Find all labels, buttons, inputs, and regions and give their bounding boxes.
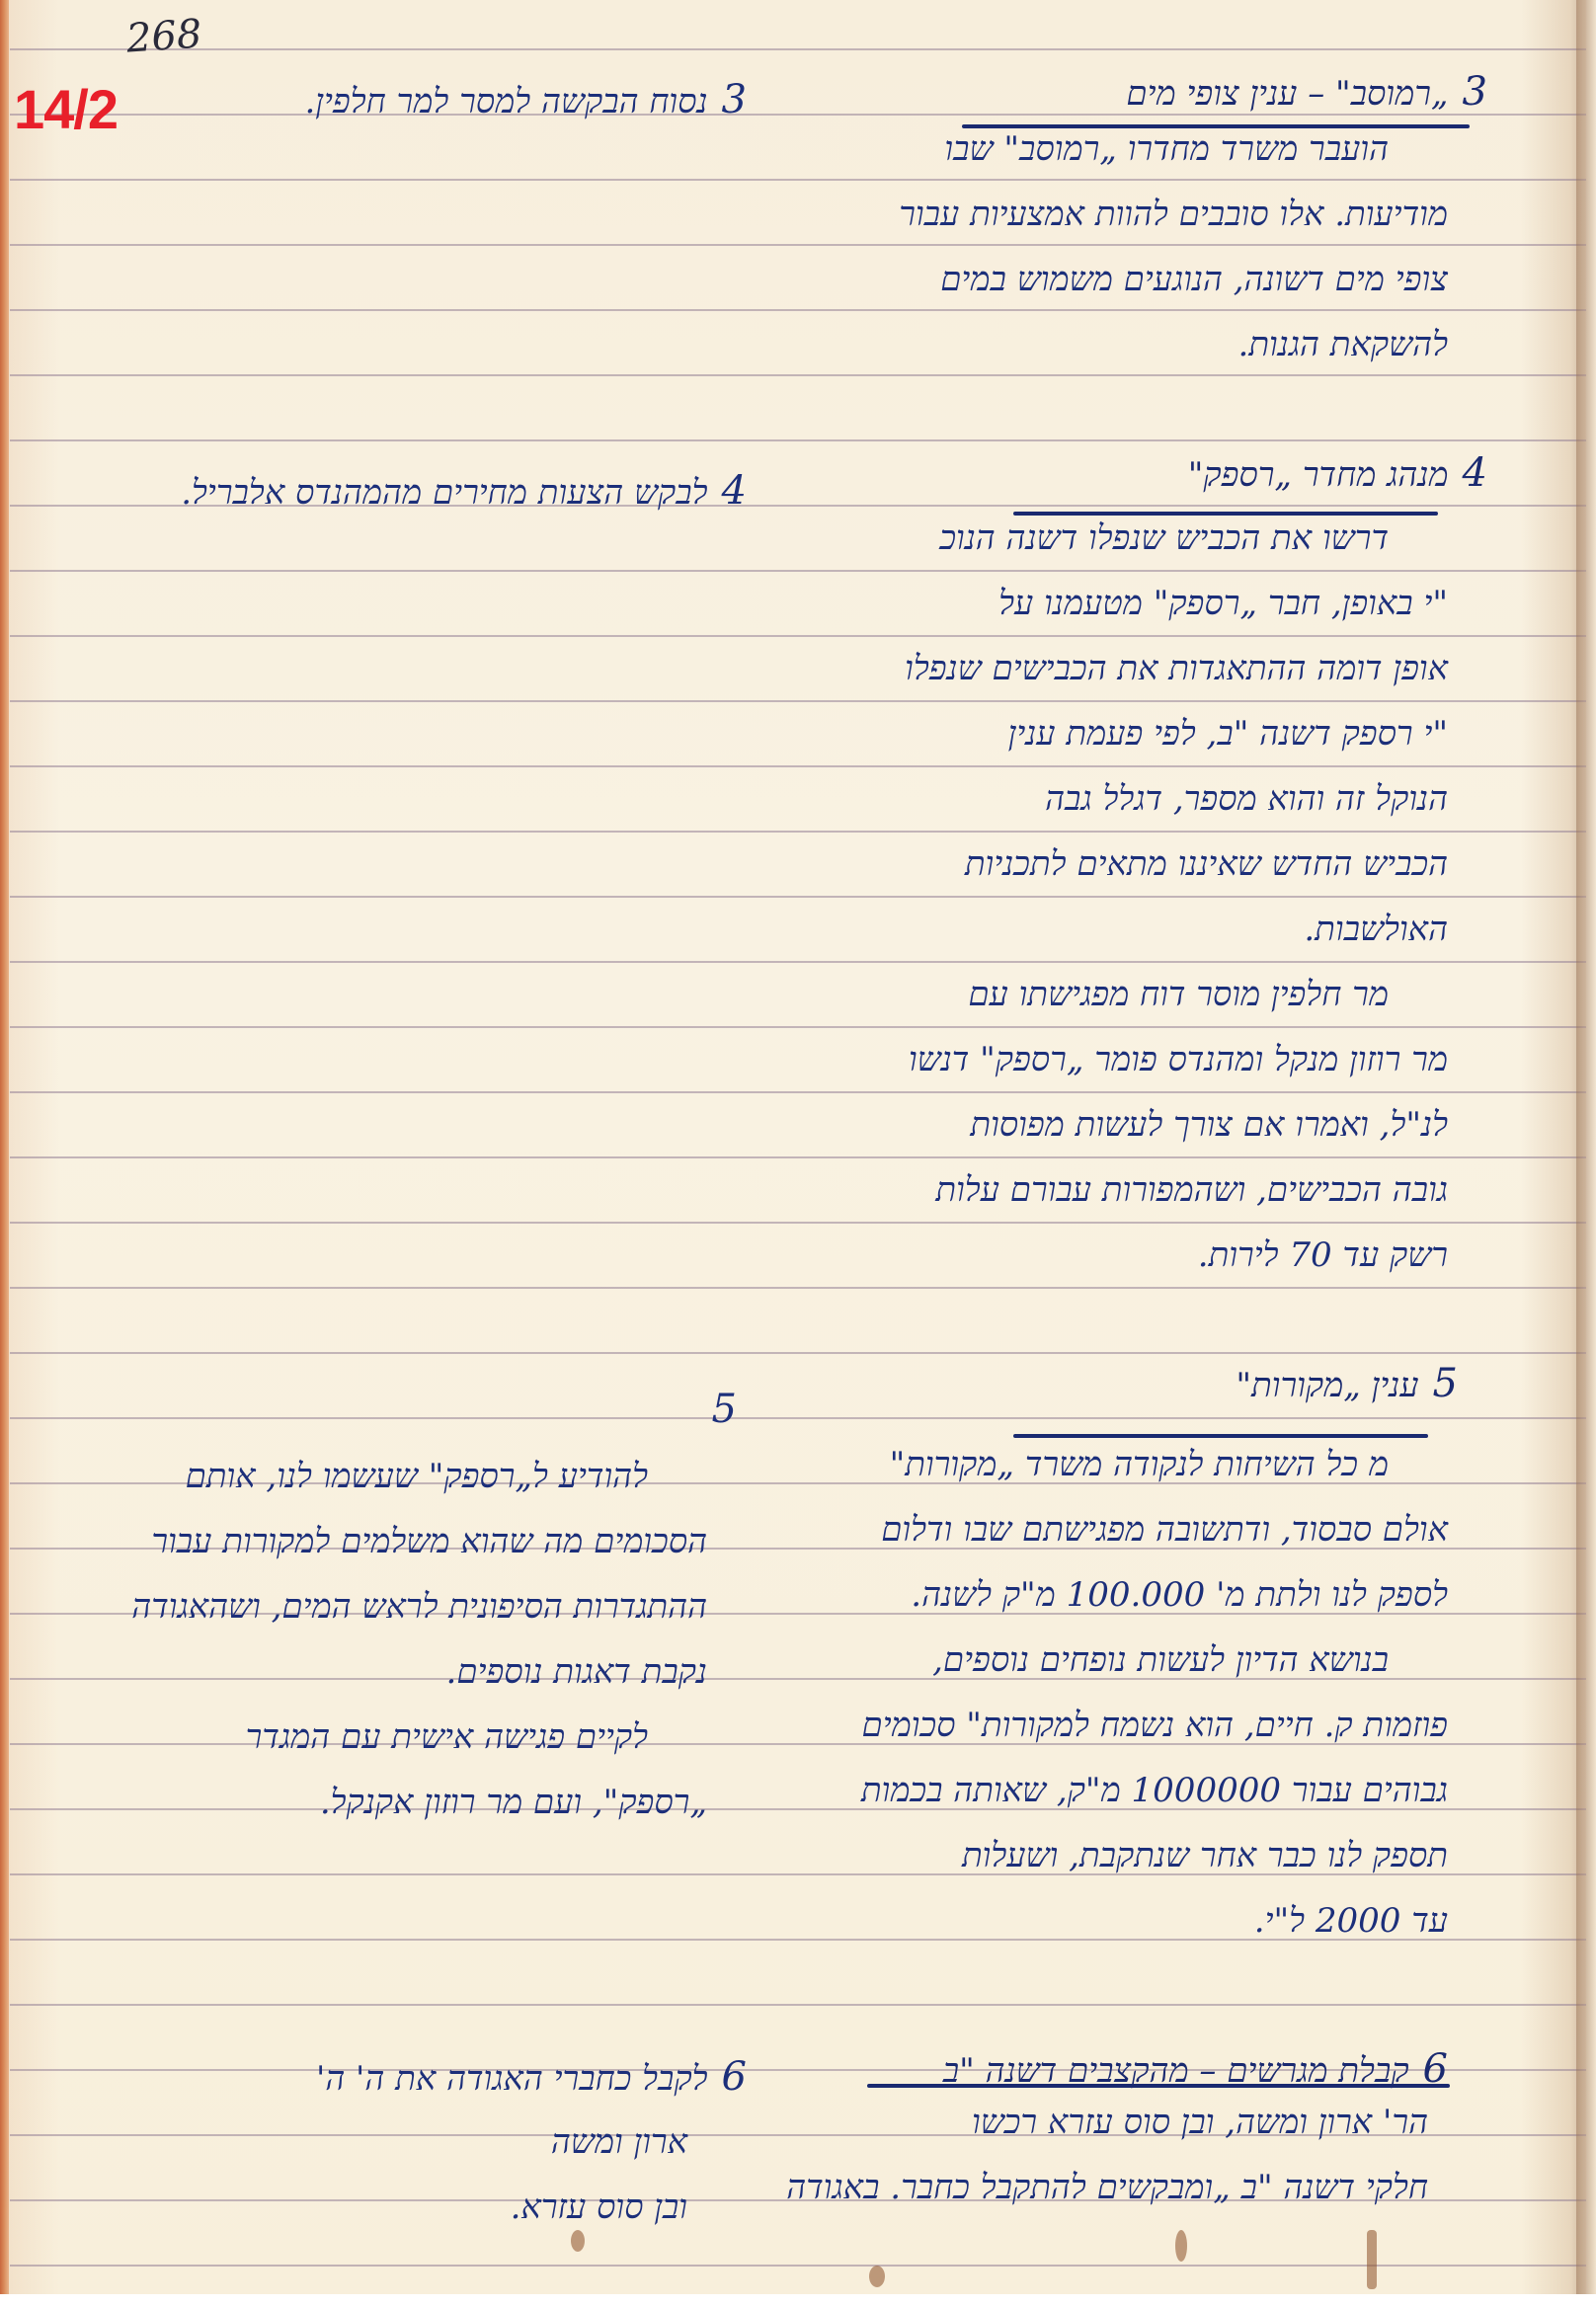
text-line: להשקאת הגנות.: [899, 312, 1448, 377]
section-title: „רמוסב" – ענין צופי מים: [1126, 74, 1448, 114]
text-line: "י רספק דשנה "ב, לפי פעמת ענין: [905, 701, 1448, 766]
text-line: מודיעות. אלו סובבים להוות אמצעיות עבור: [899, 182, 1448, 247]
text-line: דרשו את הכביש שנפלו דשנה הנוכ: [905, 506, 1448, 571]
text-line: לקיים פגישה אישית עם המגדר: [131, 1705, 707, 1770]
text-line: להודיע ל„רספק" שעשמו לנו, אותם: [131, 1444, 707, 1509]
section-body-6-right: הר' ארון ומשה, ובן סוס עזרא רכשו חלקי דש…: [786, 2090, 1428, 2220]
text-line: לקבל כחברי האגודה את ה' ה': [316, 2059, 708, 2099]
text-line: מר חלפין מוסר דוח מפגישתו עם: [905, 962, 1448, 1027]
text-line: רשק עד 70 לירות.: [905, 1223, 1448, 1288]
text-line: ארון ומשה: [316, 2109, 747, 2175]
margin-line: [0, 0, 9, 2294]
text-line: אופן דומה ההתאגדות את הכבישים שנפלו: [905, 636, 1448, 701]
text-line: הועבר משרד מחדרו „רמוסב" שבו: [899, 117, 1448, 182]
text-line: גבוהים עבור 1000000 מ"ק, שאותה בכמות: [861, 1758, 1448, 1823]
section-number: 6: [722, 2054, 747, 2100]
notebook-page: 268 14/2 3„רמוסב" – ענין צופי מים הועבר …: [0, 0, 1596, 2294]
text-line: מר רוזון מנקל ומהנדס פומר „רספק" דנשו: [905, 1027, 1448, 1092]
ink-stain: [869, 2266, 885, 2287]
page-binding-edge: [1576, 0, 1586, 2294]
section-heading-3-right: 3„רמוסב" – ענין צופי מים: [1126, 69, 1487, 115]
section-body-3-right: הועבר משרד מחדרו „רמוסב" שבו מודיעות. אל…: [899, 117, 1448, 377]
stamp-label: 14/2: [14, 77, 118, 141]
text-line: נקבת דאגות נוספים.: [131, 1639, 707, 1705]
section-heading-5-right: 5ענין „מקורות": [1236, 1361, 1458, 1406]
text-line: לספק לנו ולתת מ' 100.000 מ"ק לשנה.: [861, 1562, 1448, 1628]
section-number: 3: [1463, 69, 1487, 115]
section-body-5-right: מ כל השיחות לנקודה משרד „מקורות" אולם סב…: [861, 1432, 1448, 1953]
text-line: חלקי דשנה "ב „ומבקשים להתקבל כחבר. באגוד…: [786, 2155, 1428, 2220]
text-line: פוזמות ק. חיים, הוא נשמח למקורות" סכומים: [861, 1693, 1448, 1758]
section-body-4-right: דרשו את הכביש שנפלו דשנה הנוכ "י באופן, …: [905, 506, 1448, 1288]
text-line: גובה הכבישים, ושהמפורות עבורם עלות: [905, 1157, 1448, 1223]
text-line: ובן סוס עזרא.: [316, 2175, 747, 2240]
section-title: מנהג מחדר „רספק": [1188, 455, 1449, 495]
page-number: 268: [124, 11, 202, 61]
text-line: מ כל השיחות לנקודה משרד „מקורות": [861, 1432, 1448, 1497]
text-line: הכביש החדש שאיננו מתאים לתכניות: [905, 832, 1448, 897]
text-line: צופי מים דשונה, הנוגעים משמוש במים: [899, 247, 1448, 312]
heading-underline: [867, 2084, 1450, 2088]
section-heading-4-right: 4מנהג מחדר „רספק": [1188, 450, 1487, 496]
section-body-3-left: 3נסוח הבקשה למסר למר חלפין.: [305, 67, 748, 132]
text-line: הנוקל זה והוא מספר, דגלל גבה: [905, 766, 1448, 832]
ink-stain: [1367, 2230, 1377, 2289]
text-line: „רספק", ועם מר רוזון אקנקל.: [131, 1770, 707, 1835]
text-line: נסוח הבקשה למסר למר חלפין.: [305, 82, 708, 121]
text-line: עד 2000 ל"י.: [861, 1888, 1448, 1953]
section-number: 5: [1433, 1361, 1458, 1406]
section-title: ענין „מקורות": [1236, 1366, 1418, 1405]
text-line: האולשבות.: [905, 897, 1448, 962]
section-body-4-left: 4לבקש הצעות מחירים מהמהנדס אלבריל.: [181, 458, 747, 523]
text-line: בנושא הדיון לעשות נופחים נוספים,: [861, 1628, 1448, 1693]
text-line: "י באופן, חבר „רספק" מטעמנו על: [905, 571, 1448, 636]
ink-stain: [1175, 2230, 1187, 2262]
text-line: לנ"ל, ואמרו אם צורך לעשות מפוסות: [905, 1092, 1448, 1157]
text-line: אולם סבסוד, ודתשובה מפגישתם שבו ודלום: [861, 1497, 1448, 1562]
section-number: 3: [722, 77, 747, 122]
text-line: הר' ארון ומשה, ובן סוס עזרא רכשו: [786, 2090, 1428, 2155]
text-line: ההתגדרות הסיפונית לראש המים, ושהאגודה: [131, 1574, 707, 1639]
text-line: תספק לנו כבר אחר שנתקבת, ושעלות: [861, 1823, 1448, 1888]
section-body-5-left: להודיע ל„רספק" שעשמו לנו, אותם הסכומים מ…: [131, 1444, 707, 1835]
section-number: 4: [1463, 450, 1487, 496]
text-line: לבקש הצעות מחירים מהמהנדס אלבריל.: [181, 473, 707, 513]
section-number-5-left: 5: [712, 1377, 737, 1442]
section-body-6-left: 6לקבל כחברי האגודה את ה' ה' ארון ומשה וב…: [316, 2044, 747, 2240]
section-number: 4: [722, 468, 747, 514]
text-line: הסכומים מה שהוא משלמים למקורות עבור: [131, 1509, 707, 1574]
